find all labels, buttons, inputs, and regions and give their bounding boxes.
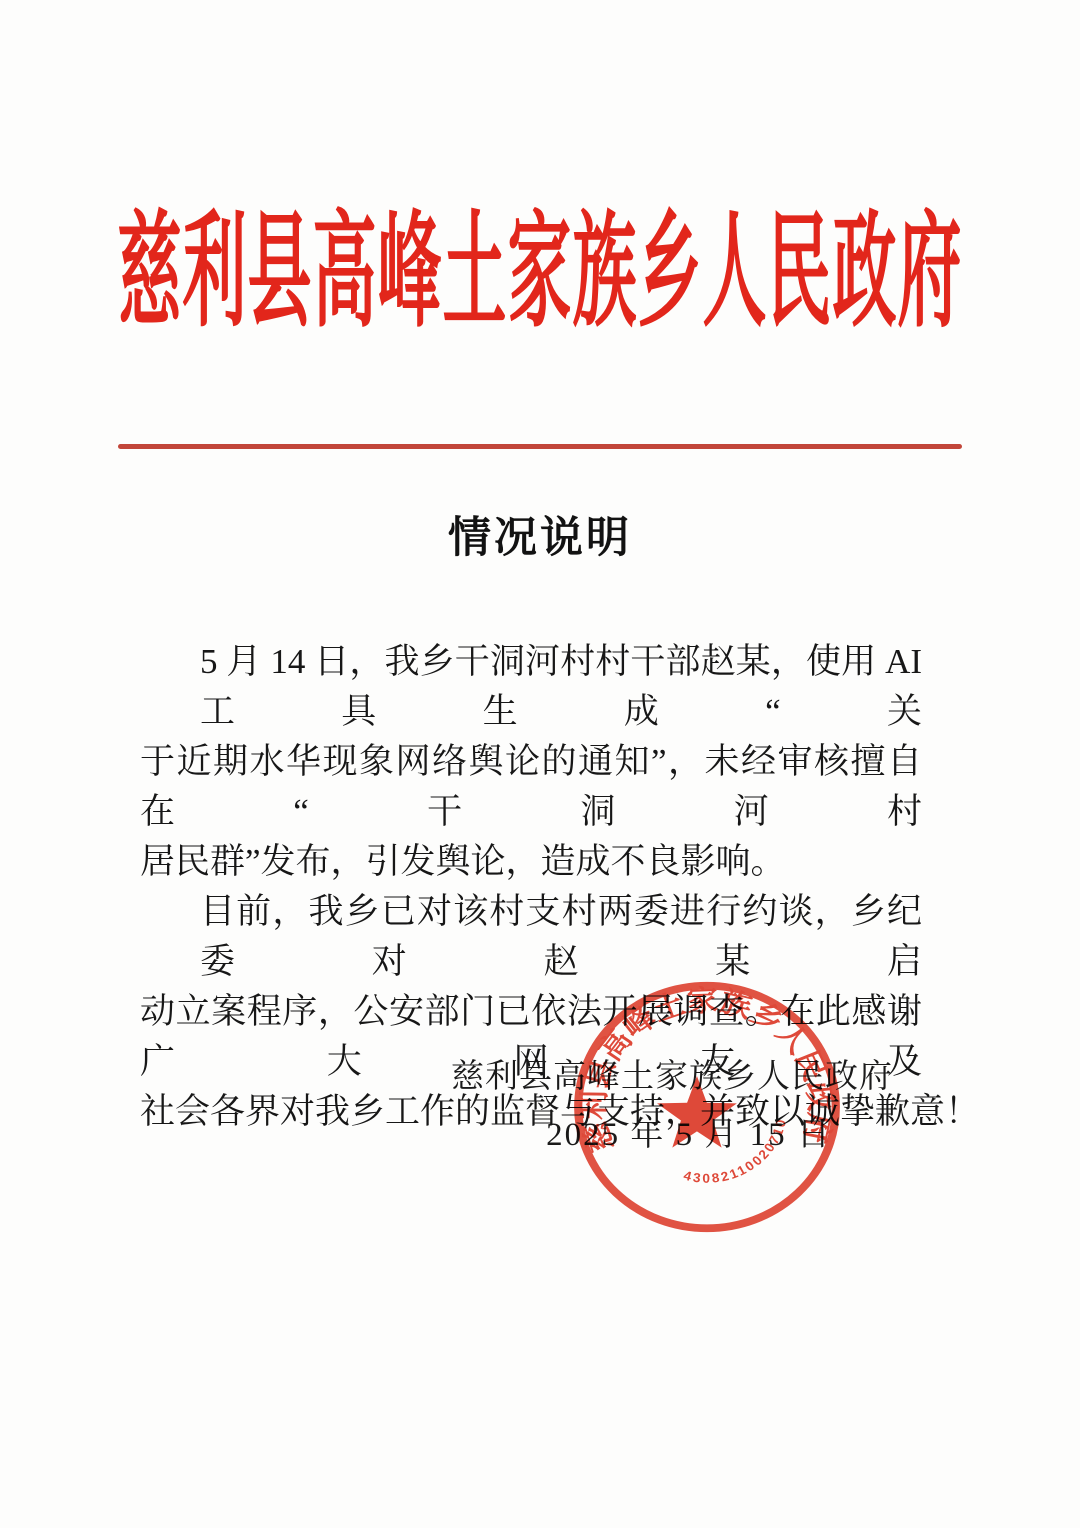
- paragraph1-line2: 于近期水华现象网络舆论的通知”，未经审核擅自在“干洞河村: [140, 737, 922, 837]
- paragraph2-line1: 目前，我乡已对该村支村两委进行约谈，乡纪委对赵某启: [140, 887, 922, 987]
- red-divider-line: [118, 444, 962, 449]
- letterhead-title: 慈利县高峰土家族乡人民政府: [0, 211, 1080, 336]
- red-star-icon: [657, 1076, 737, 1148]
- paragraph1-line3: 居民群”发布，引发舆论，造成不良影响。: [140, 837, 922, 887]
- official-seal: 慈利县高峰土家族乡人民政府 43082110020710: [570, 978, 844, 1236]
- document-title: 情况说明: [0, 504, 1080, 565]
- paragraph1-line1: 5 月 14 日，我乡干洞河村村干部赵某，使用 AI 工具生成“关: [140, 637, 922, 737]
- document-page: 慈利县高峰土家族乡人民政府 情况说明 5 月 14 日，我乡干洞河村村干部赵某，…: [0, 0, 1080, 1528]
